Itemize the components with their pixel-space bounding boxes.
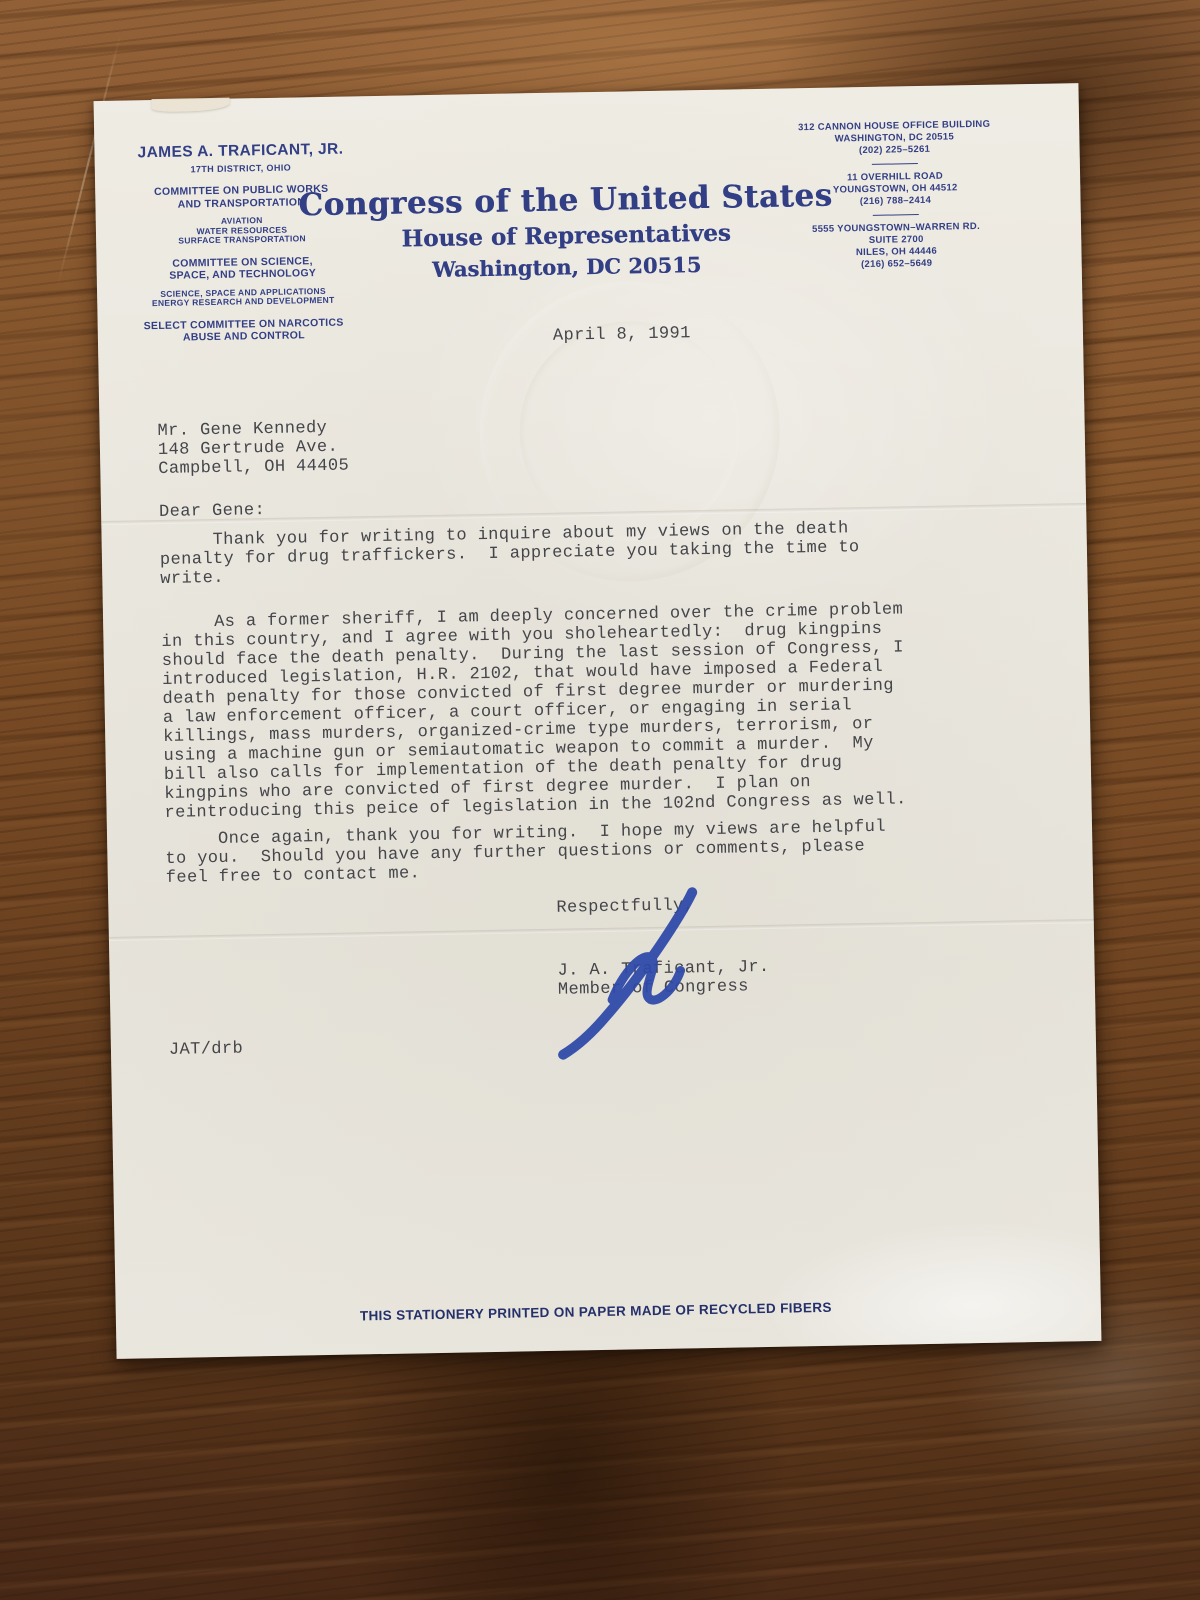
committee-science-subcommittees: SCIENCE, SPACE AND APPLICATIONS ENERGY R…	[118, 286, 368, 310]
office-divider	[872, 163, 918, 165]
recycled-paper-notice: THIS STATIONERY PRINTED ON PAPER MADE OF…	[116, 1295, 1076, 1328]
letter-page: JAMES A. TRAFICANT, JR. 17TH DISTRICT, O…	[94, 83, 1102, 1359]
office-divider	[873, 214, 919, 216]
salutation: Dear Gene:	[159, 501, 265, 522]
handwritten-signature-ink	[524, 886, 727, 1062]
committee-narcotics: SELECT COMMITTEE ON NARCOTICS ABUSE AND …	[119, 316, 369, 346]
office-address-dc: 312 CANNON HOUSE OFFICE BUILDING WASHING…	[744, 118, 1045, 159]
body-paragraph-3: Once again, thank you for writing. I hop…	[165, 818, 887, 888]
member-district: 17TH DISTRICT, OHIO	[116, 161, 366, 176]
letterhead-offices-block: 312 CANNON HOUSE OFFICE BUILDING WASHING…	[744, 118, 1047, 273]
office-address-youngstown: 11 OVERHILL ROAD YOUNGSTOWN, OH 44512 (2…	[745, 169, 1046, 210]
body-paragraph-2: As a former sheriff, I am deeply concern…	[161, 600, 907, 823]
typist-initials: JAT/drb	[169, 1040, 244, 1060]
paper-corner-blemish	[152, 98, 230, 112]
recipient-address: Mr. Gene Kennedy 148 Gertrude Ave. Campb…	[157, 419, 349, 479]
letter-date: April 8, 1991	[553, 324, 691, 346]
office-address-niles: 5555 YOUNGSTOWN–WARREN RD. SUITE 2700 NI…	[746, 220, 1047, 273]
body-paragraph-1: Thank you for writing to inquire about m…	[159, 519, 860, 589]
member-name: JAMES A. TRAFICANT, JR.	[115, 140, 365, 163]
photo-of-letter-on-wood-table: { "colors": { "letterhead_blue": "#333f8…	[0, 0, 1200, 1600]
